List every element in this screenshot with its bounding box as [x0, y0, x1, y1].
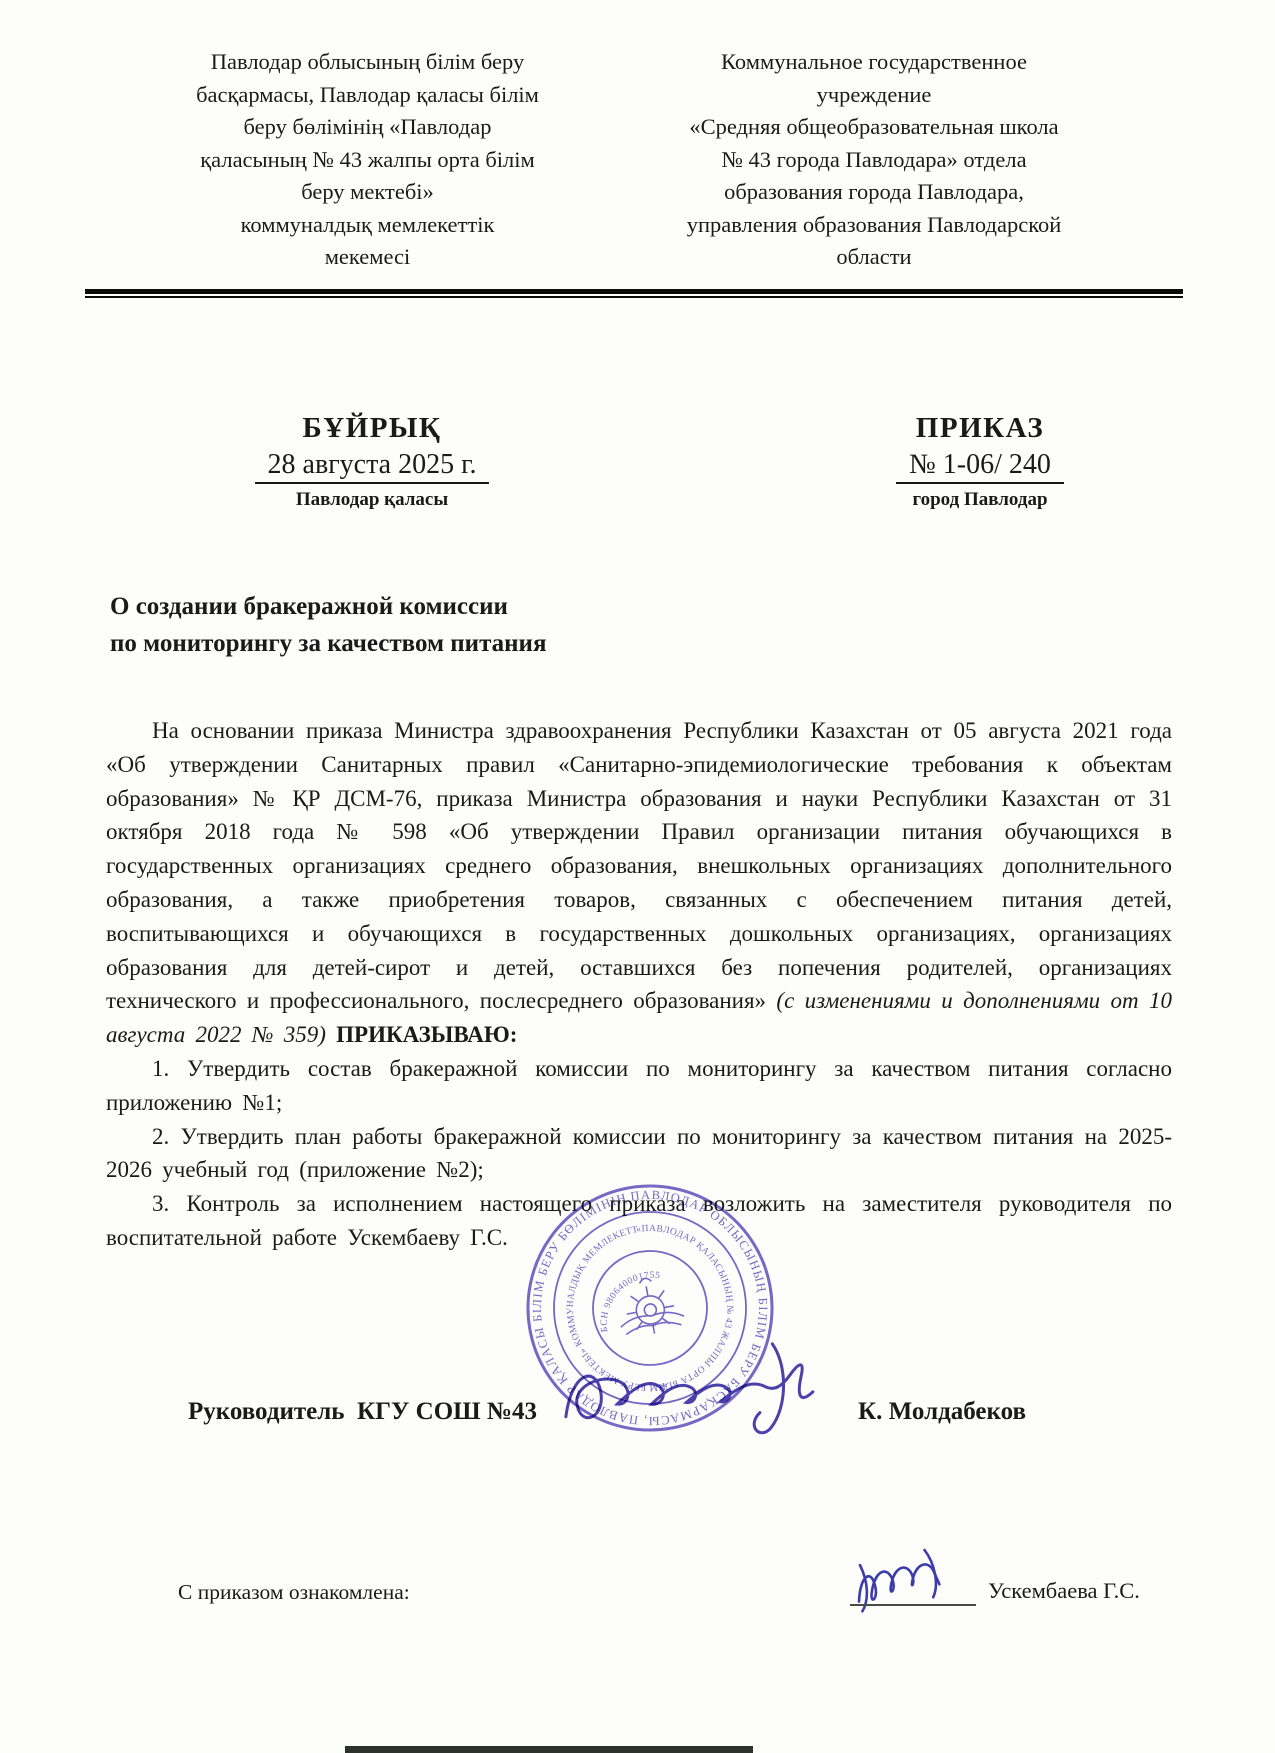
order-date-row: 28 августа 2025 г.: [190, 449, 554, 484]
subject-line-1: О создании бракеражной комиссии: [110, 588, 547, 625]
order-number-row: № 1-06/ 240: [798, 449, 1162, 484]
org-name-ru-line: Коммунальное государственное: [600, 46, 1148, 79]
org-name-kazakh: Павлодар облысының білім беру басқармасы…: [95, 46, 640, 274]
org-name-kk-line: қаласының № 43 жалпы орта білім: [95, 144, 640, 177]
acknowledgment-underline: [850, 1604, 976, 1606]
preamble-paragraph: На основании приказа Министра здравоохра…: [106, 714, 1172, 1052]
signature-stroke: [564, 1364, 814, 1419]
signature-flourish: [855, 1549, 939, 1611]
org-name-ru-line: «Средняя общеобразовательная школа: [600, 111, 1148, 144]
subject-line-2: по мониторингу за качеством питания: [110, 625, 547, 662]
org-name-ru-line: области: [600, 241, 1148, 274]
acknowledgment-label: С приказом ознакомлена:: [178, 1580, 410, 1605]
order-subject: О создании бракеражной комиссии по монит…: [110, 588, 547, 662]
scanned-order-document: Павлодар облысының білім беру басқармасы…: [0, 0, 1275, 1753]
org-name-ru-line: управления образования Павлодарской: [600, 209, 1148, 242]
org-name-ru-line: № 43 города Павлодара» отдела: [600, 144, 1148, 177]
org-name-kk-line: беру мектебі»: [95, 176, 640, 209]
org-name-ru-line: учреждение: [600, 79, 1148, 112]
org-name-kk-line: мекемесі: [95, 241, 640, 274]
director-name: К. Молдабеков: [858, 1398, 1026, 1426]
preamble-text: На основании приказа Министра здравоохра…: [106, 718, 1172, 1013]
order-title-kk: БҰЙРЫҚ: [190, 412, 554, 445]
order-heading-russian: ПРИКАЗ № 1-06/ 240 город Павлодар: [798, 412, 1162, 511]
order-heading-kazakh: БҰЙРЫҚ 28 августа 2025 г. Павлодар қалас…: [190, 412, 554, 511]
director-role-label: Руководитель КГУ СОШ №43: [188, 1398, 537, 1426]
org-name-kk-line: беру бөлімінің «Павлодар: [95, 111, 640, 144]
divider-thin-line: [85, 296, 1183, 298]
header-divider-rule: [85, 289, 1183, 298]
prikazyvayu-word: ПРИКАЗЫВАЮ:: [336, 1022, 517, 1047]
org-name-kk-line: басқармасы, Павлодар қаласы білім: [95, 79, 640, 112]
org-name-ru-line: образования города Павлодара,: [600, 176, 1148, 209]
acknowledgment-name: Ускембаева Г.С.: [988, 1578, 1140, 1604]
scan-artifact-bar: [345, 1746, 753, 1753]
order-place-kk: Павлодар қаласы: [190, 489, 554, 511]
order-item-1: 1. Утвердить состав бракеражной комиссии…: [106, 1052, 1172, 1120]
order-title-ru: ПРИКАЗ: [798, 412, 1162, 445]
org-name-kk-line: коммуналдық мемлекеттік: [95, 209, 640, 242]
director-signature: [545, 1332, 845, 1462]
divider-thick-line: [85, 289, 1183, 294]
org-name-kk-line: Павлодар облысының білім беру: [95, 46, 640, 79]
org-name-russian: Коммунальное государственное учреждение …: [600, 46, 1148, 274]
order-number: № 1-06/ 240: [896, 449, 1064, 484]
order-place-ru: город Павлодар: [798, 489, 1162, 511]
order-date: 28 августа 2025 г.: [255, 449, 490, 484]
